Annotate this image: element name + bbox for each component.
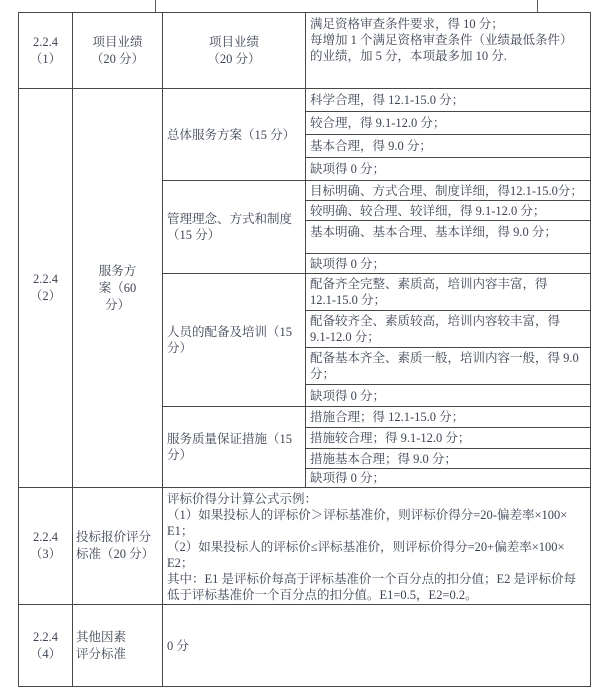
criteria-cell: 措施较合理；得 9.1-12.0 分；	[306, 428, 591, 449]
criteria-cell: 缺项得 0 分；	[306, 469, 591, 488]
subitem-cell: 服务质量保证措施（15 分）	[163, 407, 306, 488]
evaluation-criteria-table: 2.2.4 （1） 项目业绩 （20 分） 项目业绩 （20 分） 满足资格审查…	[18, 12, 591, 687]
section-id-cell: 2.2.4 （4）	[19, 605, 73, 687]
subitem-cell: 项目业绩 （20 分）	[163, 13, 306, 89]
merged-criteria-cell: 0 分	[163, 605, 591, 687]
document-page: 2.2.4 （1） 项目业绩 （20 分） 项目业绩 （20 分） 满足资格审查…	[0, 0, 597, 700]
criteria-cell: 基本明确、基本合理、基本详细，得 9.0 分；	[306, 221, 591, 254]
criteria-cell: 科学合理，得 12.1-15.0 分；	[306, 89, 591, 112]
section-id-cell: 2.2.4 （1）	[19, 13, 73, 89]
criteria-cell: 较合理，得 9.1-12.0 分；	[306, 112, 591, 135]
category-cell: 投标报价评分 标准（20 分）	[73, 488, 163, 605]
criteria-cell: 基本合理，得 9.0 分；	[306, 135, 591, 158]
criteria-cell: 缺项得 0 分；	[306, 158, 591, 181]
criteria-cell: 较明确、较合理、较详细，得 9.1-12.0 分；	[306, 201, 591, 221]
criteria-cell: 缺项得 0 分；	[306, 254, 591, 274]
table-row: 2.2.4 （4） 其他因素 评分标准 0 分	[19, 605, 591, 687]
criteria-cell: 措施合理；得 12.1-15.0 分；	[306, 407, 591, 428]
subitem-cell: 人员的配备及培训（15 分）	[163, 274, 306, 407]
category-cell: 服务方 案（60 分）	[73, 89, 163, 488]
criteria-cell: 目标明确、方式合理、制度详细，得12.1-15.0分；	[306, 181, 591, 201]
subitem-cell: 管理理念、方式和制度（15 分）	[163, 181, 306, 274]
criteria-cell: 措施基本合理；得 9.0 分；	[306, 449, 591, 469]
table-row: 2.2.4 （2） 服务方 案（60 分） 总体服务方案（15 分） 科学合理，…	[19, 89, 591, 112]
criteria-cell: 满足资格审查条件要求，得 10 分； 每增加 1 个满足资格审查条件（业绩最低条…	[306, 13, 591, 89]
criteria-cell: 缺项得 0 分；	[306, 385, 591, 407]
section-id-cell: 2.2.4 （2）	[19, 89, 73, 488]
criteria-cell: 配备基本齐全、素质一般，培训内容一般，得 9.0 分；	[306, 348, 591, 385]
table-row: 2.2.4 （1） 项目业绩 （20 分） 项目业绩 （20 分） 满足资格审查…	[19, 13, 591, 89]
criteria-cell: 配备较齐全、素质较高，培训内容较丰富，得 9.1-12.0 分；	[306, 311, 591, 348]
table-row: 2.2.4 （3） 投标报价评分 标准（20 分） 评标价得分计算公式示例： （…	[19, 488, 591, 605]
merged-criteria-cell: 评标价得分计算公式示例： （1）如果投标人的评标价＞评标基准价，则评标价得分=2…	[163, 488, 591, 605]
criteria-cell: 配备齐全完整、素质高，培训内容丰富，得 12.1-15.0 分；	[306, 274, 591, 311]
section-id-cell: 2.2.4 （3）	[19, 488, 73, 605]
subitem-cell: 总体服务方案（15 分）	[163, 89, 306, 181]
category-cell: 项目业绩 （20 分）	[73, 13, 163, 89]
category-cell: 其他因素 评分标准	[73, 605, 163, 687]
